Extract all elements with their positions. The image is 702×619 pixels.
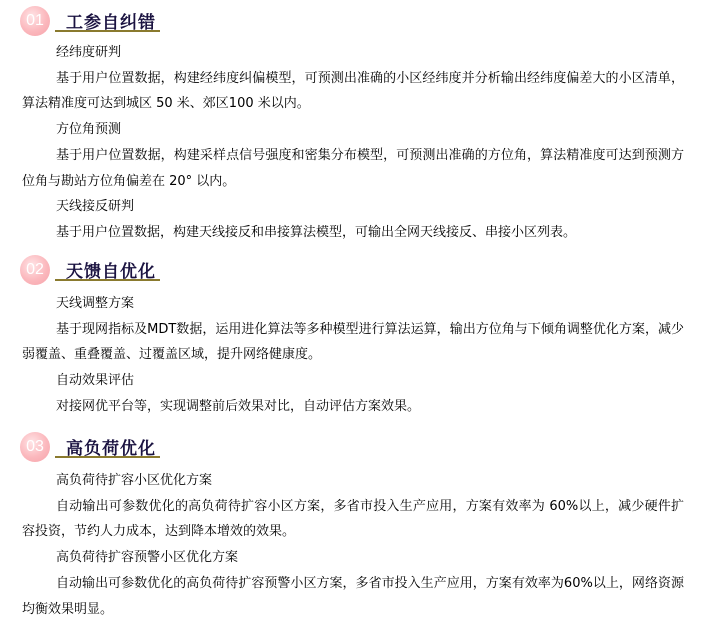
section-header: 03 高负荷优化 (0, 428, 702, 464)
item-text: 自动输出可参数优化的高负荷待扩容小区方案，多省市投入生产应用，方案有效率为 60… (22, 494, 684, 545)
item-text: 基于用户位置数据，构建经纬度纠偏模型，可预测出准确的小区经纬度并分析输出经纬度偏… (22, 66, 684, 117)
item-label: 自动效果评估 (22, 368, 684, 394)
item-label: 天线调整方案 (22, 291, 684, 317)
section-number-badge: 02 (20, 255, 50, 285)
title-underline (55, 456, 160, 458)
item-text: 基于用户位置数据，构建天线接反和串接算法模型，可输出全网天线接反、串接小区列表。 (22, 220, 684, 246)
title-underline (55, 279, 160, 281)
item-label: 高负荷待扩容预警小区优化方案 (22, 545, 684, 571)
section-03: 03 高负荷优化 高负荷待扩容小区优化方案 自动输出可参数优化的高负荷待扩容小区… (0, 428, 702, 619)
item-label: 经纬度研判 (22, 40, 684, 66)
item-text: 基于现网指标及MDT数据，运用进化算法等多种模型进行算法运算，输出方位角与下倾角… (22, 317, 684, 368)
item-label: 方位角预测 (22, 117, 684, 143)
item-text: 对接网优平台等，实现调整前后效果对比，自动评估方案效果。 (22, 394, 684, 420)
section-header: 01 工参自纠错 (0, 2, 702, 38)
section-01: 01 工参自纠错 经纬度研判 基于用户位置数据，构建经纬度纠偏模型，可预测出准确… (0, 2, 702, 246)
item-label: 高负荷待扩容小区优化方案 (22, 468, 684, 494)
section-number-badge: 03 (20, 432, 50, 462)
item-label: 天线接反研判 (22, 194, 684, 220)
item-text: 基于用户位置数据，构建采样点信号强度和密集分布模型，可预测出准确的方位角，算法精… (22, 143, 684, 194)
item-text: 自动输出可参数优化的高负荷待扩容预警小区方案，多省市投入生产应用，方案有效率为6… (22, 571, 684, 619)
section-header: 02 天馈自优化 (0, 251, 702, 287)
section-02: 02 天馈自优化 天线调整方案 基于现网指标及MDT数据，运用进化算法等多种模型… (0, 251, 702, 420)
section-number-badge: 01 (20, 6, 50, 36)
title-underline (55, 30, 160, 32)
